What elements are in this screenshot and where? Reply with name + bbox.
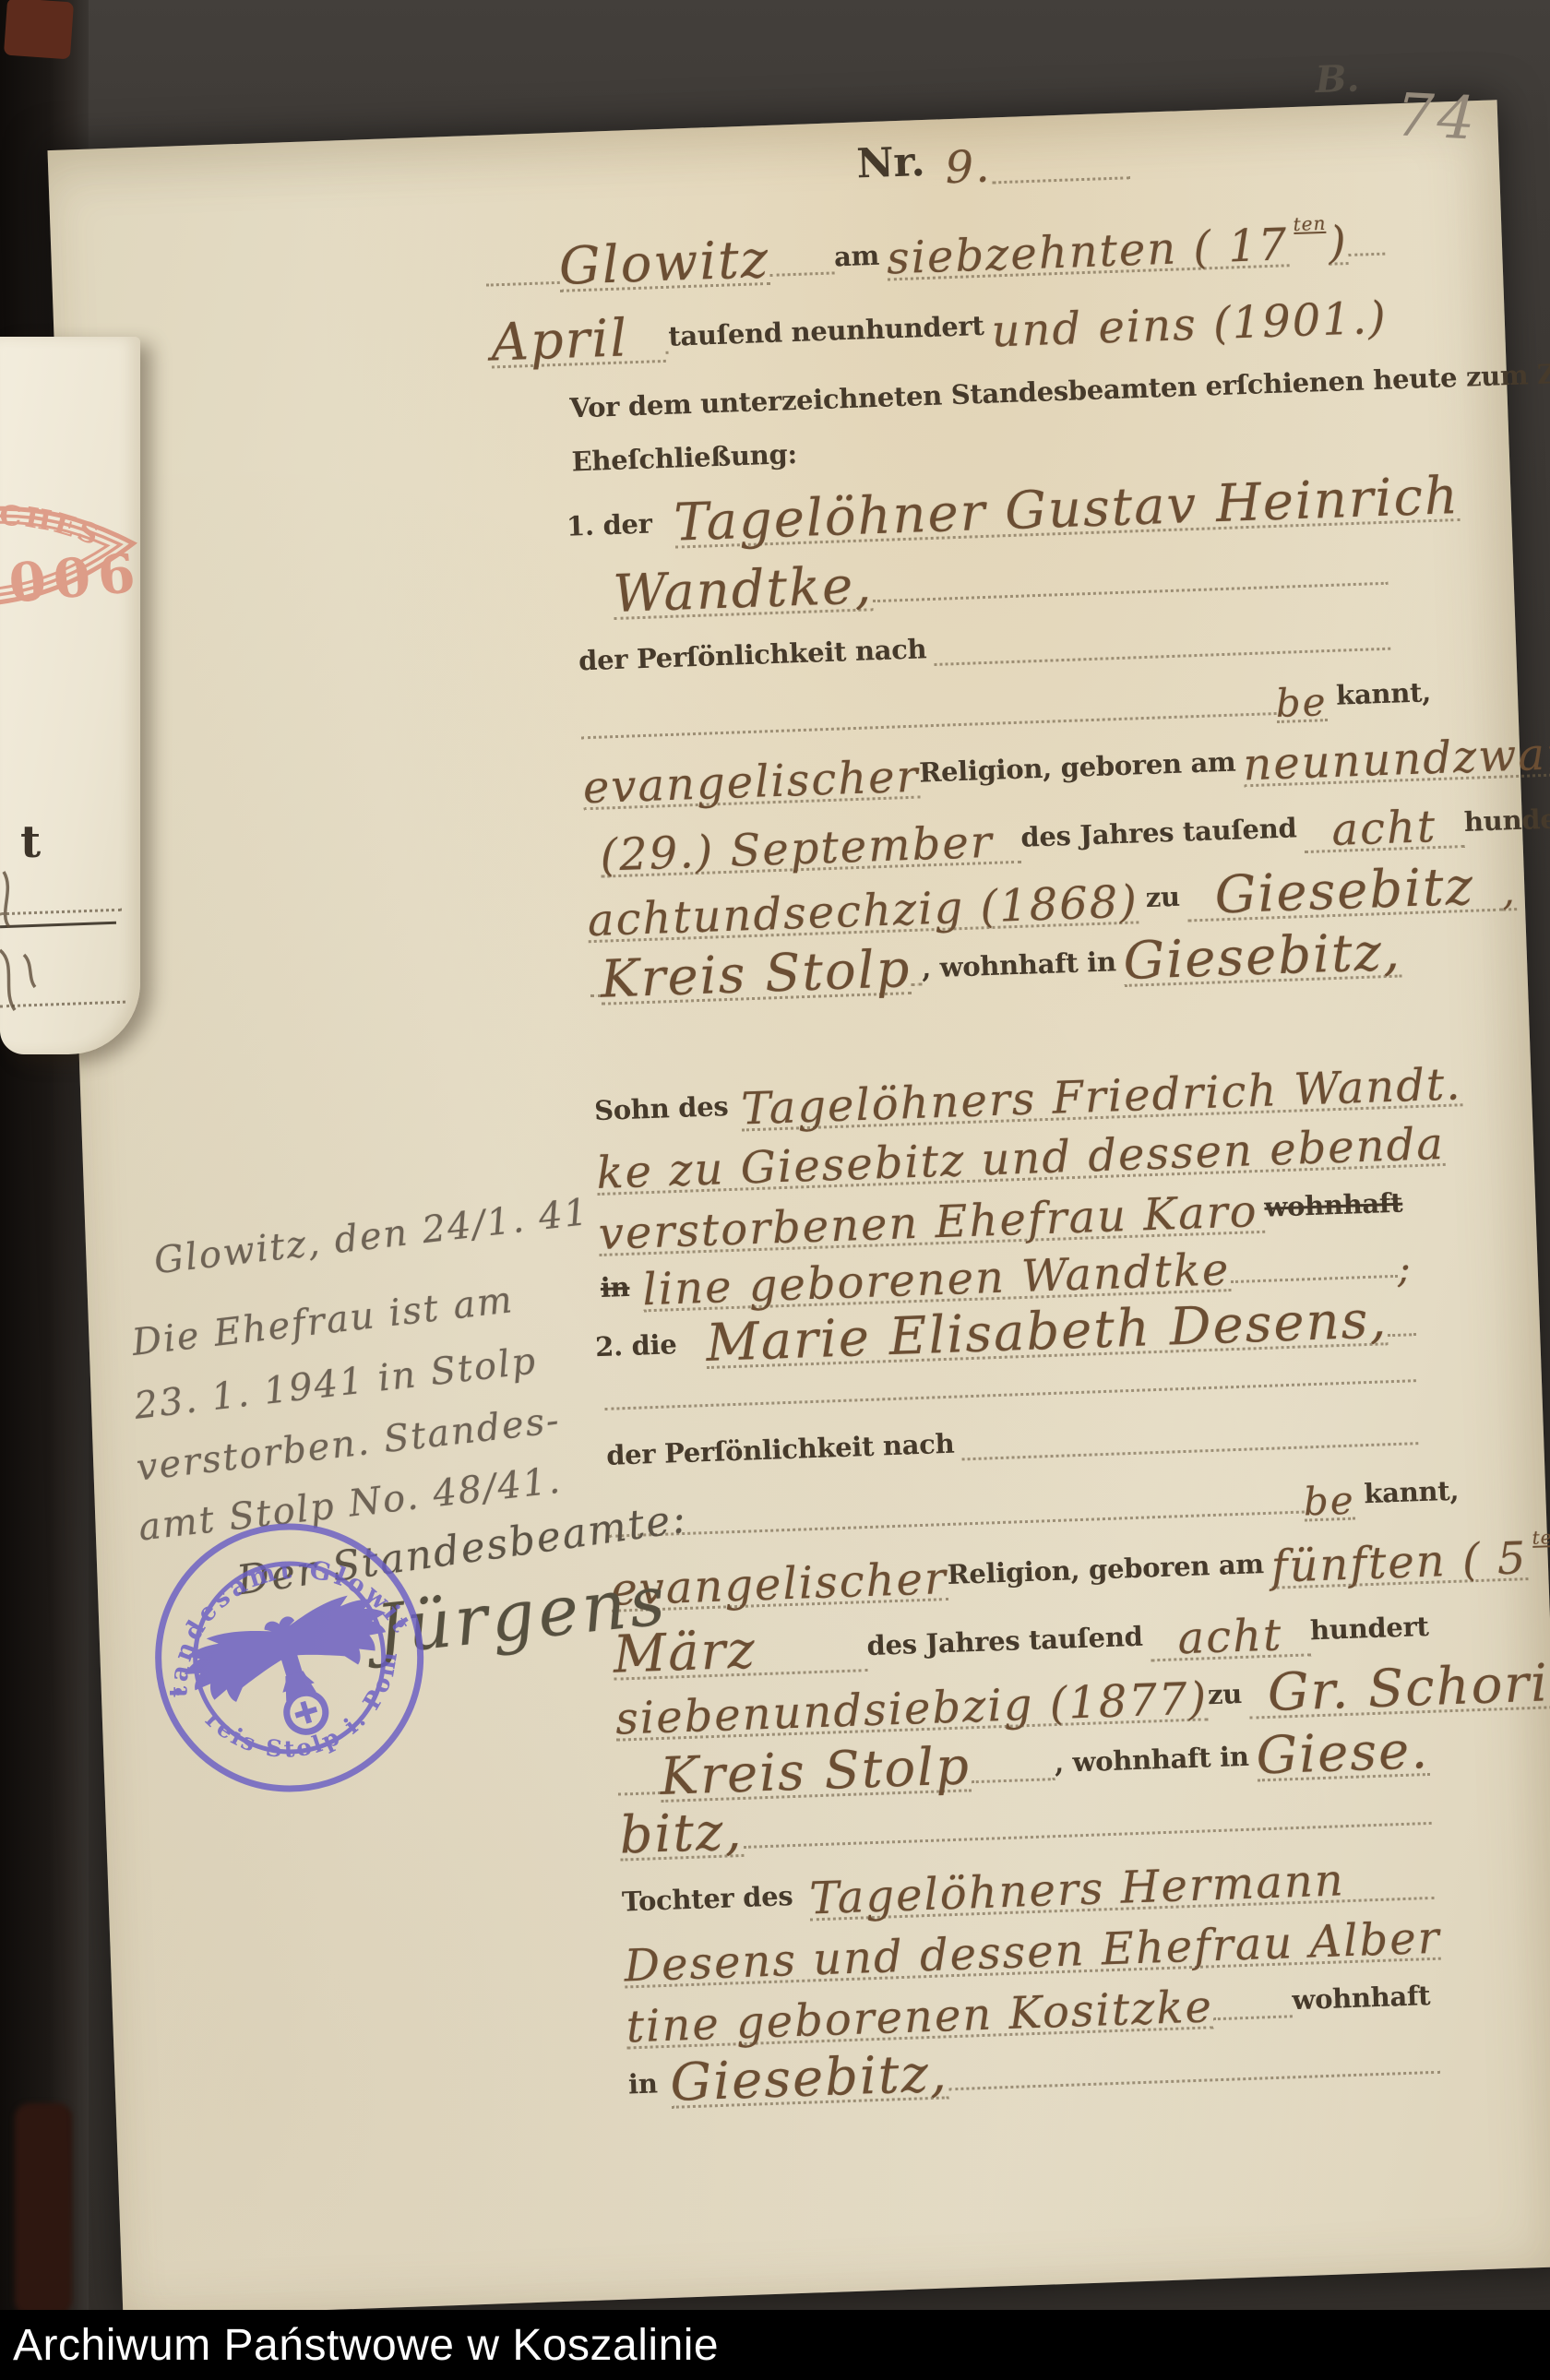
archive-name: Archiwum Państwowe w Koszalinie bbox=[13, 2320, 719, 2371]
intro-text-1: Vor dem unterzeichneten Standesbeamten e… bbox=[569, 355, 1550, 425]
intro-row-1: Vor dem unterzeichneten Standesbeamten e… bbox=[569, 360, 1401, 425]
archive-caption-bar: Archiwum Państwowe w Koszalinie bbox=[0, 2310, 1550, 2380]
dotted-segment bbox=[873, 582, 1388, 602]
bride-religion-label: Religion, geboren am bbox=[947, 1551, 1271, 1592]
groom-hundert-label: hundert bbox=[1463, 804, 1550, 839]
groom-index-label: 1. der bbox=[566, 510, 661, 543]
nr-label: Nr. bbox=[856, 142, 933, 189]
day-close-paren: ) bbox=[1328, 224, 1348, 265]
red-stamp-number: 006 bbox=[6, 541, 145, 614]
day-superscript: ten bbox=[1293, 216, 1326, 234]
bride-in-label: in bbox=[628, 2070, 666, 2101]
tausend-label: tauſend neunhundert bbox=[668, 313, 992, 354]
intro-text-2: Eheſchließung: bbox=[571, 441, 805, 480]
groom-name-handwritten-2: Wandtke, bbox=[613, 565, 874, 620]
bride-birthday-superscript: ten bbox=[1532, 1529, 1550, 1548]
record-number-row: Nr. 9. bbox=[855, 113, 1180, 188]
nr-dotted-line bbox=[992, 176, 1130, 184]
groom-kannt-label: kannt, bbox=[1336, 679, 1439, 713]
dotted-segment bbox=[486, 281, 560, 287]
red-reich-stamp-fragment: SCHES REICH 006 bbox=[0, 423, 153, 690]
binding-leather-bottom bbox=[15, 2103, 72, 2315]
groom-religion-label: Religion, geboren am bbox=[919, 748, 1244, 790]
struck-wohnhaft-label: wohnhaft bbox=[1264, 1189, 1411, 1224]
bride-kannt-label: kannt, bbox=[1364, 1477, 1467, 1511]
margin-note-line-1: Glowitz, den 24/1. 41 bbox=[152, 1191, 592, 1282]
groom-zu-label: zu bbox=[1145, 884, 1187, 916]
year-handwritten: und eins (1901.) bbox=[991, 300, 1388, 351]
bride-wohnhaft-label-2: wohnhaft bbox=[1292, 1982, 1438, 2017]
groom-birthplace-comma: , bbox=[1502, 875, 1518, 910]
groom-birthday-handwritten: neunundzwanzigs bbox=[1243, 732, 1550, 787]
bride-parents-handwritten-4: Giesebitz, bbox=[670, 2053, 949, 2109]
binding-leather-top bbox=[4, 0, 74, 59]
am-label: am bbox=[834, 242, 888, 274]
groom-sohn-label: Sohn des bbox=[594, 1093, 736, 1128]
bride-pers-label: der Perſönlichkeit nach bbox=[606, 1430, 962, 1472]
archival-photo: B. 74 Nr. 9. Glowitz am siebzehnten ( 17… bbox=[0, 0, 1550, 2380]
marriage-register-page: B. 74 Nr. 9. Glowitz am siebzehnten ( 17… bbox=[47, 100, 1550, 2316]
folded-page-strip: SCHES REICH 006 t bbox=[0, 337, 140, 1054]
bride-tochter-label: Tochter des bbox=[622, 1883, 801, 1920]
struck-in-label: in bbox=[600, 1274, 638, 1305]
dotted-segment bbox=[590, 994, 602, 997]
dotted-segment bbox=[948, 2071, 1440, 2091]
groom-wohnhaft-label: , wohnhaft in bbox=[922, 948, 1125, 986]
bride-residence-handwritten-2: bitz, bbox=[619, 1810, 744, 1861]
nr-value-handwritten: 9. bbox=[945, 149, 992, 188]
month-handwritten: April bbox=[491, 315, 667, 368]
form-letter-b: B. bbox=[1315, 56, 1360, 101]
strip-printed-fragment: t bbox=[20, 816, 41, 868]
dotted-segment bbox=[912, 983, 923, 986]
dotted-segment bbox=[770, 271, 835, 276]
bride-zu-label: zu bbox=[1208, 1681, 1250, 1713]
dotted-segment bbox=[1348, 253, 1385, 256]
groom-residence-handwritten: Giesebitz, bbox=[1123, 931, 1402, 987]
strip-handwriting-strokes bbox=[0, 863, 52, 1029]
groom-kreis-handwritten: Kreis Stolp bbox=[600, 947, 912, 1005]
pencil-page-number: 74 bbox=[1394, 81, 1480, 154]
